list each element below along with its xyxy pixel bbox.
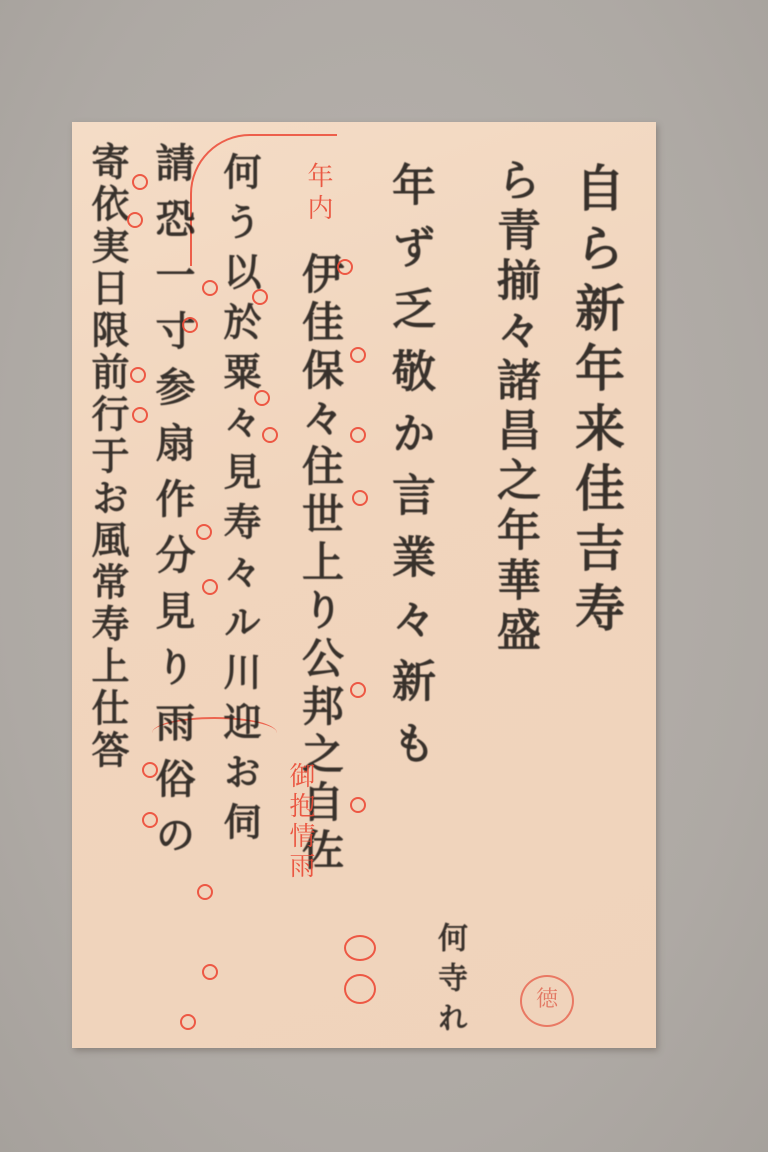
red-circle-mark (182, 317, 198, 333)
red-circle-mark (180, 1014, 196, 1030)
red-circle-mark (142, 762, 158, 778)
red-circle-mark (127, 212, 143, 228)
red-circle-mark (202, 280, 218, 296)
calligraphy-column-1: 自ら新年来佳吉寿 (560, 162, 632, 642)
letter-paper: 自ら新年来佳吉寿 ら青揃々諸昌之年華盛 何寺れ 年ず乏敬か言業々新も 伊佳保々住… (72, 122, 656, 1048)
red-circle-mark (350, 682, 366, 698)
red-circle-mark (132, 174, 148, 190)
red-circle-mark (202, 964, 218, 980)
red-circle-mark (196, 524, 212, 540)
red-double-circle (344, 935, 376, 961)
red-circle-mark (130, 367, 146, 383)
calligraphy-column-7: 寄依実日限前行于お風常寿上仕答 (80, 142, 135, 772)
red-circle-mark (132, 407, 148, 423)
red-circle-mark (350, 347, 366, 363)
red-circle-mark (350, 427, 366, 443)
red-double-circle (344, 974, 376, 1004)
red-circle-mark (252, 289, 268, 305)
red-circle-mark (197, 884, 213, 900)
calligraphy-column-9: 何寺れ (427, 922, 471, 1042)
red-circle-mark (142, 812, 158, 828)
red-seal-stamp: 徳 (520, 975, 574, 1027)
calligraphy-column-2: ら青揃々諸昌之年華盛 (482, 157, 546, 657)
red-circle-mark (350, 797, 366, 813)
calligraphy-column-3: 年ず乏敬か言業々新も (377, 162, 441, 782)
red-annotation-top: 年内 (300, 162, 337, 226)
red-circle-mark (337, 259, 353, 275)
red-annotation-middle: 御抱情雨 (282, 762, 319, 882)
red-circle-mark (202, 579, 218, 595)
calligraphy-column-6: 請恐一寸参扇作分見り雨俗の (144, 142, 201, 870)
red-circle-mark (262, 427, 278, 443)
red-circle-mark (254, 390, 270, 406)
red-circle-mark (352, 490, 368, 506)
calligraphy-column-5: 何う以於粟々見寿々ル川迎お伺 (212, 152, 267, 852)
